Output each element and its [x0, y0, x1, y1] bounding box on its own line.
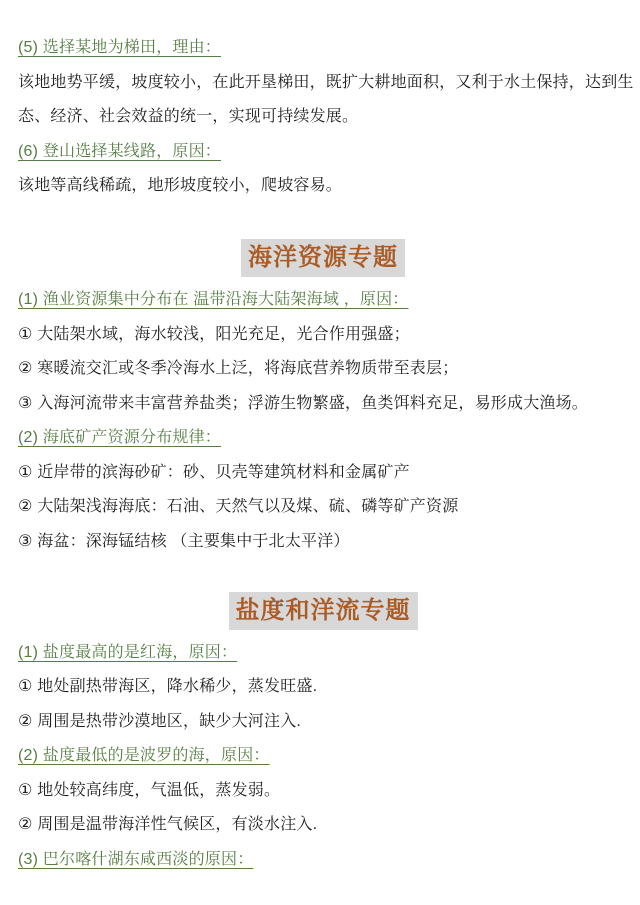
list-item-minerals-2: ② 大陆架浅海海底：石油、天然气以及煤、硫、磷等矿产资源: [18, 490, 628, 525]
section-title-row-salinity: 盐度和洋流专题: [18, 592, 628, 630]
heading-highest-salinity-red-sea: (1) 盐度最高的是红海，原因：: [18, 636, 628, 671]
section-title-ocean-resources: 海洋资源专题: [241, 239, 405, 277]
section-title-salinity-currents: 盐度和洋流专题: [229, 592, 418, 630]
heading-climb-route-choice: (6) 登山选择某线路，原因：: [18, 135, 628, 170]
section-title-row-ocean: 海洋资源专题: [18, 239, 628, 277]
document-page: (5) 选择某地为梯田，理由： 该地地势平缓，坡度较小，在此开垦梯田，既扩大耕地…: [0, 0, 640, 905]
list-item-fishery-1: ① 大陆架水域，海水较浅，阳光充足，光合作用强盛；: [18, 318, 628, 353]
heading-terrace-choice: (5) 选择某地为梯田，理由：: [18, 31, 628, 66]
document-content: (5) 选择某地为梯田，理由： 该地地势平缓，坡度较小，在此开垦梯田，既扩大耕地…: [0, 0, 640, 877]
heading-seabed-minerals: (2) 海底矿产资源分布规律：: [18, 421, 628, 456]
heading-fishery-distribution: (1) 渔业资源集中分布在 温带沿海大陆架海域 ，原因：: [18, 283, 628, 318]
list-item-minerals-3: ③ 海盆：深海锰结核 （主要集中于北太平洋）: [18, 525, 628, 560]
list-item-baltic-2: ② 周围是温带海洋性气候区，有淡水注入.: [18, 808, 628, 843]
list-item-baltic-1: ① 地处较高纬度，气温低，蒸发弱。: [18, 774, 628, 809]
list-item-fishery-2: ② 寒暖流交汇或冬季冷海水上泛，将海底营养物质带至表层；: [18, 352, 628, 387]
heading-balkhash-lake-salinity: (3) 巴尔喀什湖东咸西淡的原因：: [18, 843, 628, 878]
list-item-fishery-3: ③ 入海河流带来丰富营养盐类；浮游生物繁盛，鱼类饵料充足，易形成大渔场。: [18, 387, 628, 422]
paragraph-climb-route-reason: 该地等高线稀疏，地形坡度较小，爬坡容易。: [18, 169, 628, 204]
list-item-red-sea-2: ② 周围是热带沙漠地区，缺少大河注入.: [18, 705, 628, 740]
heading-lowest-salinity-baltic-sea: (2) 盐度最低的是波罗的海，原因：: [18, 739, 628, 774]
list-item-minerals-1: ① 近岸带的滨海砂矿：砂、贝壳等建筑材料和金属矿产: [18, 456, 628, 491]
paragraph-terrace-reason-line2: 态、经济、社会效益的统一，实现可持续发展。: [18, 100, 628, 135]
list-item-red-sea-1: ① 地处副热带海区，降水稀少，蒸发旺盛.: [18, 670, 628, 705]
paragraph-terrace-reason-line1: 该地地势平缓，坡度较小，在此开垦梯田，既扩大耕地面积，又利于水土保持，达到生: [18, 66, 628, 101]
